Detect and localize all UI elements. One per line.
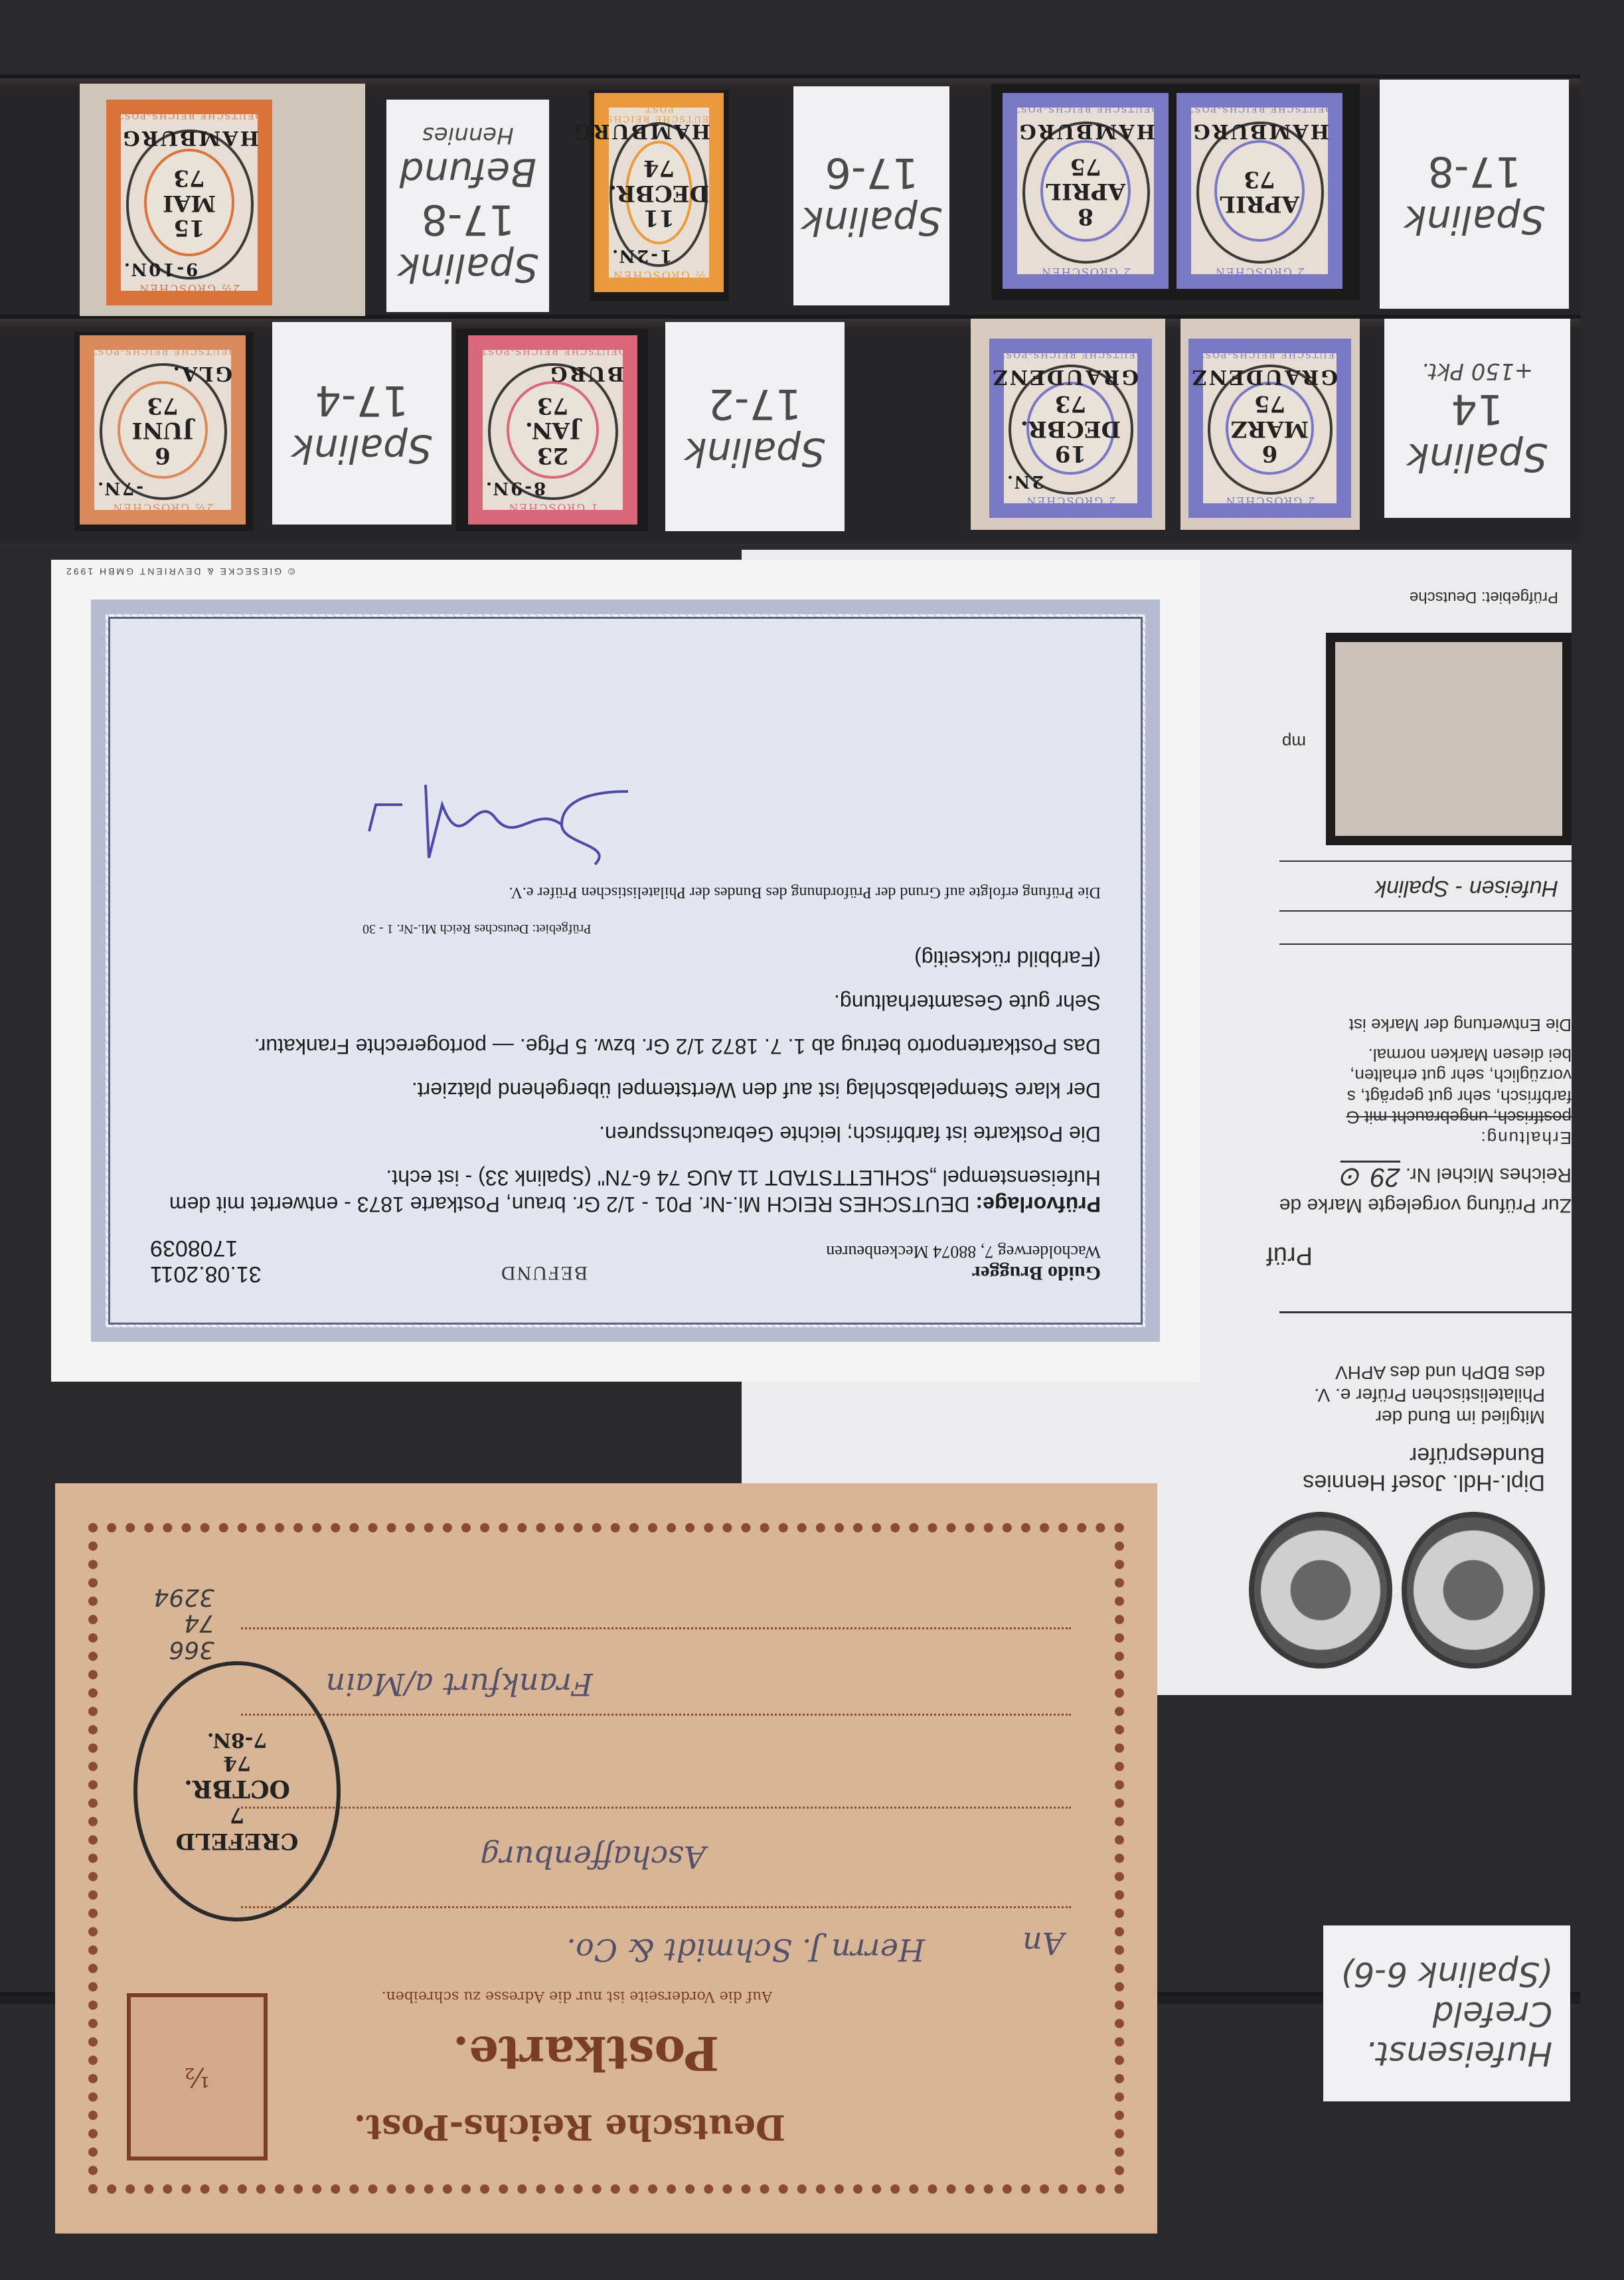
address-line-rule [241, 1714, 1071, 1716]
postcard-instruction: Auf die Vorderseite ist nur die Adresse … [382, 1988, 772, 2004]
pencil-note: 3294 [153, 1584, 214, 1610]
note-line: Spalink [1404, 196, 1545, 242]
signature [363, 765, 641, 878]
indicium-value: ½ [185, 2062, 210, 2092]
pencil-notes: 366 74 3294 [153, 1584, 214, 1663]
note-line: Spalink [398, 244, 538, 291]
postmark-town: GRAUDENZ [1190, 365, 1338, 388]
stamp-denomination: 1 GROSCHEN [475, 501, 631, 514]
address-line-rule [241, 1807, 1071, 1809]
postmark-time: 7-8N. [207, 1728, 267, 1751]
postmark: CREFELD 7 OCTBR. 74 7-8N. [133, 1661, 341, 1921]
examiner-name: Dipl.-Hdl. Josef Hennies [1303, 1469, 1545, 1496]
certificate-paragraph: Der klare Stempelabschlag ist auf den We… [150, 1077, 1101, 1103]
membership-line: Philatelistischen Prüfer e. V. [1303, 1384, 1545, 1406]
stamp[interactable]: 6JUNI732½ GROSCHENDEUTSCHE REICHS-POSTGL… [80, 335, 246, 525]
michel-label: Reiches Michel Nr. [1406, 1164, 1572, 1186]
certificate-date: 31.08.2011 [150, 1261, 262, 1287]
erhaltung-line: postfrisch, ungebraucht mit G [1279, 1107, 1572, 1127]
stamp[interactable]: 8APRIL752 GROSCHENDEUTSCHE REICHS-POSTHA… [1003, 93, 1169, 289]
postmark-day: 7 [230, 1803, 244, 1828]
divider [1279, 910, 1572, 912]
stamp[interactable]: 15MAI732½ GROSCHENDEUTSCHE REICHS-POSTHA… [106, 100, 272, 305]
examiner-name: Guido Brugger [826, 1262, 1101, 1284]
note-line: 14 [1407, 384, 1548, 433]
stamp-frame-text: DEUTSCHE REICHS-POST [86, 346, 239, 356]
note-line: Befund [398, 149, 538, 195]
stamp[interactable]: 6MARZ752 GROSCHENDEUTSCHE REICHS-POSTGRA… [1188, 339, 1351, 518]
address-line: An [1022, 1925, 1064, 1961]
note-line: (Spalink 6-6) [1340, 1954, 1552, 1994]
postmark-town: HAMBURG [1017, 120, 1155, 143]
stamp-frame-text: DEUTSCHE REICHS-POST [113, 110, 266, 120]
note-line: Hennies [398, 122, 538, 149]
stamp-frame-text: DEUTSCHE REICHS-POST [1195, 349, 1344, 359]
note-line: Hufeisenst. [1340, 2034, 1552, 2074]
copyright: © GIESECKE & DEVRIENT GMBH 1992 [64, 566, 295, 577]
postmark-ring [1196, 122, 1324, 264]
postmark-town: BURG [548, 362, 624, 385]
certificate-heading: BEFUND [500, 1262, 588, 1284]
stamp-frame-text: DEUTSCHE REICHS-POST [1009, 104, 1162, 114]
stamp-denomination: 2 GROSCHEN [1183, 266, 1336, 278]
stamp-denomination: 2 GROSCHEN [996, 495, 1145, 507]
album-note-hufeisen: Hufeisenst. Crefeld (Spalink 6-6) [1323, 1925, 1570, 2101]
postmark-ring [1022, 122, 1150, 264]
album-note: Spalink17-6 [793, 86, 949, 305]
entwertung-text: Die Entwertung der Marke ist [1279, 1015, 1572, 1035]
heading: Prüf [1266, 1240, 1313, 1270]
postmark-town: CREFELD [176, 1828, 299, 1854]
pruefgebiet: Prüfgebiet: Deutsches Reich Mi.-Nr. 1 - … [150, 921, 1101, 936]
note-line: +150 Pkt. [1407, 357, 1548, 384]
erhaltung-label: Erhaltung: [1279, 1127, 1572, 1148]
membership-line: Mitglied im Bund der [1303, 1406, 1545, 1429]
note-line: 17-4 [291, 376, 432, 425]
stamp-frame-text: DEUTSCHE REICHS-POST [1183, 104, 1336, 114]
postmark-month: OCTBR. [184, 1775, 290, 1803]
postmark-time: 8-9N. [484, 478, 546, 498]
handwritten-entwertung: Hufeisen - Spalink [1375, 874, 1558, 902]
address-line: Herrn J. Schmidt & Co. [566, 1932, 925, 1968]
note-line: Crefeld [1340, 1994, 1552, 2034]
examiner-title: Bundesprüfer [1303, 1441, 1545, 1469]
album-note: Spalink17-8 [1380, 80, 1569, 309]
address-line: Aschaffenburg [480, 1839, 706, 1875]
stamp[interactable]: APRIL732 GROSCHENDEUTSCHE REICHS-POSTHAM… [1177, 93, 1342, 289]
note-line: 17-8 [1404, 147, 1545, 196]
postmark-ring [126, 130, 254, 280]
certificate-paragraph: DEUTSCHES REICH Mi.-Nr. P01 - 1/2 Gr. br… [169, 1166, 1101, 1216]
divider [1279, 1311, 1572, 1313]
postmark-town: GLA. [171, 362, 232, 385]
pencil-note: 366 [153, 1636, 214, 1663]
note-line: 17-6 [801, 148, 942, 197]
postmark-time: 9-10N. [122, 259, 198, 279]
album-note: Spalink17-4 [272, 322, 451, 525]
address-line-rule [241, 1906, 1071, 1908]
examiner-address: Wacholderweg 7, 88074 Meckenbeuren [826, 1242, 1101, 1262]
address-line: Frankfurt a/Main [326, 1667, 593, 1702]
certificate-paragraph: Die Postkarte ist farbfrisch; leichte Ge… [150, 1121, 1101, 1147]
certificate-bpp[interactable]: Guido Brugger Wacholderweg 7, 88074 Meck… [51, 560, 1200, 1382]
eagle-seal-icon [1249, 1512, 1392, 1669]
note-line: Spalink [685, 428, 825, 475]
postmark-year: 74 [223, 1751, 251, 1775]
postcard-header: Deutsche Reichs-Post. [354, 2107, 785, 2147]
pruefvorlage-label: Prüfvorlage: [976, 1192, 1101, 1216]
membership-line: des BDPh und des APHV [1303, 1362, 1545, 1384]
stempel-partial: mp [1282, 732, 1306, 752]
certificate-number: 1708039 [150, 1235, 262, 1261]
eagle-seal-icon [1402, 1512, 1545, 1669]
erhaltung-line: farbfrisch, sehr gut geprägt, s [1279, 1086, 1572, 1106]
note-line: Spalink [1407, 434, 1548, 480]
album-note: Spalink17-8BefundHennies [386, 100, 549, 312]
postmark-town: HAMBURG [1191, 120, 1329, 143]
postmark-town: HAMBURG [572, 120, 710, 143]
stamp-denomination: 2 GROSCHEN [1195, 495, 1344, 507]
album-note: Spalink17-2 [665, 322, 845, 531]
stamp-denomination: ½ GROSCHEN [601, 269, 717, 282]
stamp-frame-text: DEUTSCHE REICHS-POST [996, 349, 1145, 359]
stamp[interactable]: 19DECBR.732 GROSCHENDEUTSCHE REICHS-POST… [989, 339, 1152, 518]
indicium-stamp: ½ [127, 1993, 268, 2160]
stamp-frame-text: DEUTSCHE REICHS-POST [475, 346, 631, 356]
note-line: Spalink [291, 425, 432, 471]
certificate-panel: Guido Brugger Wacholderweg 7, 88074 Meck… [108, 617, 1143, 1325]
stamp-photo [1326, 633, 1572, 845]
michel-number: 29 ⊙ [1340, 1161, 1400, 1192]
postmark-town: HAMBURG [121, 126, 259, 149]
postmark-town: GRAUDENZ [991, 365, 1139, 388]
stamp-denomination: 2½ GROSCHEN [113, 282, 266, 295]
erhaltung-line: vorzüglich, sehr gut erhalten, [1279, 1065, 1572, 1086]
certificate-footer: Die Prüfung erfolgte auf Grund der Prüfo… [150, 883, 1101, 901]
stamp-denomination: 2 GROSCHEN [1009, 266, 1162, 278]
postmark-time: -7N. [96, 478, 143, 498]
stamp[interactable]: 11DECBR.74½ GROSCHENDEUTSCHE REICHS-POST… [594, 93, 724, 292]
erhaltung-line: bei diesen Marken normal. [1279, 1044, 1572, 1065]
pencil-note: 74 [153, 1610, 214, 1637]
divider [1279, 943, 1572, 945]
certificate-paragraph: Das Postkartenporto betrug ab 1. 7. 1872… [150, 1033, 1101, 1060]
note-line: 17-2 [685, 379, 825, 428]
pruefgebiet-text: Prüfgebiet: Deutsche [1410, 587, 1558, 606]
address-line-rule [241, 1627, 1071, 1629]
album-note: Spalink14+150 Pkt. [1384, 319, 1570, 518]
note-line: 17-8 [398, 195, 538, 244]
certificate-paragraph: (Farbbild rückseitig) [150, 945, 1101, 972]
postcard-title: Postkarte. [453, 2026, 719, 2081]
stamp-denomination: 2½ GROSCHEN [86, 501, 239, 514]
postmark-time: 1-2N. [610, 246, 672, 266]
intro-text: Zur Prüfung vorgelegte Marke des Deutsch… [1279, 1193, 1572, 1217]
note-line: Spalink [801, 197, 942, 244]
postcard[interactable]: ½ Deutsche Reichs-Post. Postkarte. Auf d… [55, 1483, 1157, 2234]
divider [1279, 860, 1572, 862]
postmark-time: 2N. [1005, 471, 1044, 491]
stamp[interactable]: 23JAN.731 GROSCHENDEUTSCHE REICHS-POSTBU… [468, 335, 637, 525]
certificate-paragraph: Sehr gute Gesamterhaltung. [150, 989, 1101, 1016]
